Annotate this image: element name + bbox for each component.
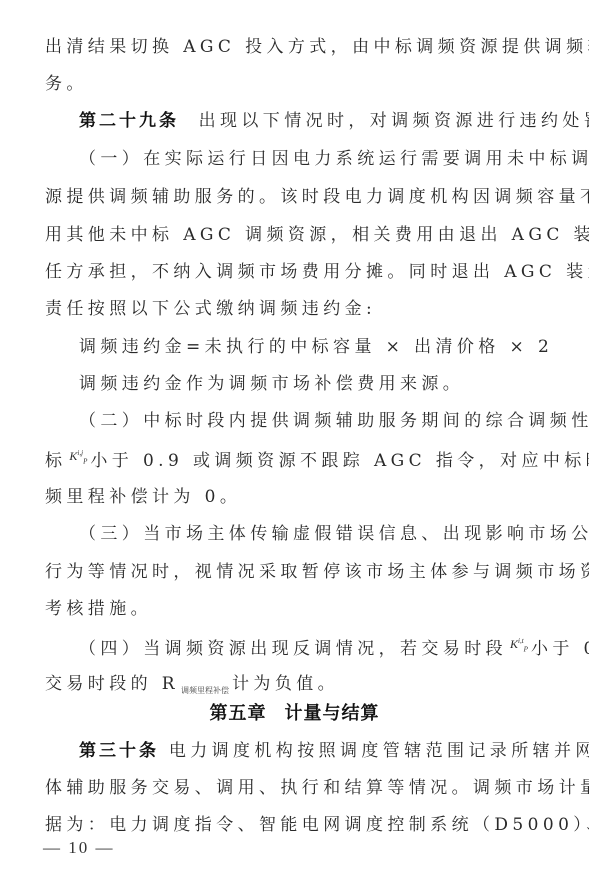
article-30-label: 第三十条 (79, 741, 159, 761)
penalty-formula: 调频违约金=未执行的中标容量 × 出清价格 × 2 (79, 336, 543, 358)
item-2-line: 标Ki,jP小于 0.9 或调频资源不跟踪 AGC 指令，对应中标时段的调 (45, 448, 543, 478)
item-4-line: （四）当调频资源出现反调情况，若交易时段Ki,tP小于 0，该 (79, 636, 543, 666)
article-29-label: 第二十九条 (79, 111, 179, 131)
article-29-paragraph: 第二十九条 出现以下情况时，对调频资源进行违约处罚: (79, 110, 543, 132)
article-30-paragraph: 第三十条 电力调度机构按照调度管辖范围记录所辖并网主 (79, 740, 543, 762)
document-page: 出清结果切换 AGC 投入方式，由中标调频资源提供调频辅助服 务。 第二十九条 … (0, 0, 589, 886)
chapter-heading: 第五章计量与结算 (0, 703, 589, 725)
item-1-line: 用其他未中标 AGC 调频资源，相关费用由退出 AGC 装置的相关责 (45, 224, 543, 246)
article-29-intro: 出现以下情况时，对调频资源进行违约处罚: (199, 111, 589, 131)
item-3-line: 行为等情况时，视情况采取暂停该市场主体参与调频市场资格等 (45, 561, 543, 583)
item-4-line: 交易时段的 R调频里程补偿计为负值。 (45, 673, 543, 698)
item-1-line: 源提供调频辅助服务的。该时段电力调度机构因调频容量不足征 (45, 186, 543, 208)
chapter-number: 第五章 (210, 703, 267, 724)
performance-index-symbol: Ki,jP (69, 449, 87, 463)
mileage-compensation-subscript: 调频里程补偿 (181, 686, 229, 695)
article-30-line: 据为：电力调度指令、智能电网调度控制系统（D5000）、“两个 (45, 814, 543, 836)
article-30-line: 体辅助服务交易、调用、执行和结算等情况。调频市场计量的依 (45, 777, 543, 799)
item-1-line: 任方承担，不纳入调频市场费用分摊。同时退出 AGC 装置的相关 (45, 261, 543, 283)
formula-note: 调频违约金作为调频市场补偿费用来源。 (79, 373, 543, 395)
page-number: — 10 — (43, 838, 115, 858)
chapter-title: 计量与结算 (285, 703, 380, 724)
text-line: 务。 (45, 73, 543, 95)
item-3-line: （三）当市场主体传输虚假错误信息、出现影响市场公平性 (79, 523, 543, 545)
item-1-line: （一）在实际运行日因电力系统运行需要调用未中标调频资 (79, 148, 543, 170)
text-line: 出清结果切换 AGC 投入方式，由中标调频资源提供调频辅助服 (45, 36, 543, 58)
item-2-line: （二）中标时段内提供调频辅助服务期间的综合调频性能指 (79, 410, 543, 432)
item-2-line: 频里程补偿计为 0。 (45, 486, 543, 508)
item-1-line: 责任按照以下公式缴纳调频违约金: (45, 298, 543, 320)
item-3-line: 考核措施。 (45, 598, 543, 620)
performance-index-symbol: Ki,tP (510, 637, 528, 651)
